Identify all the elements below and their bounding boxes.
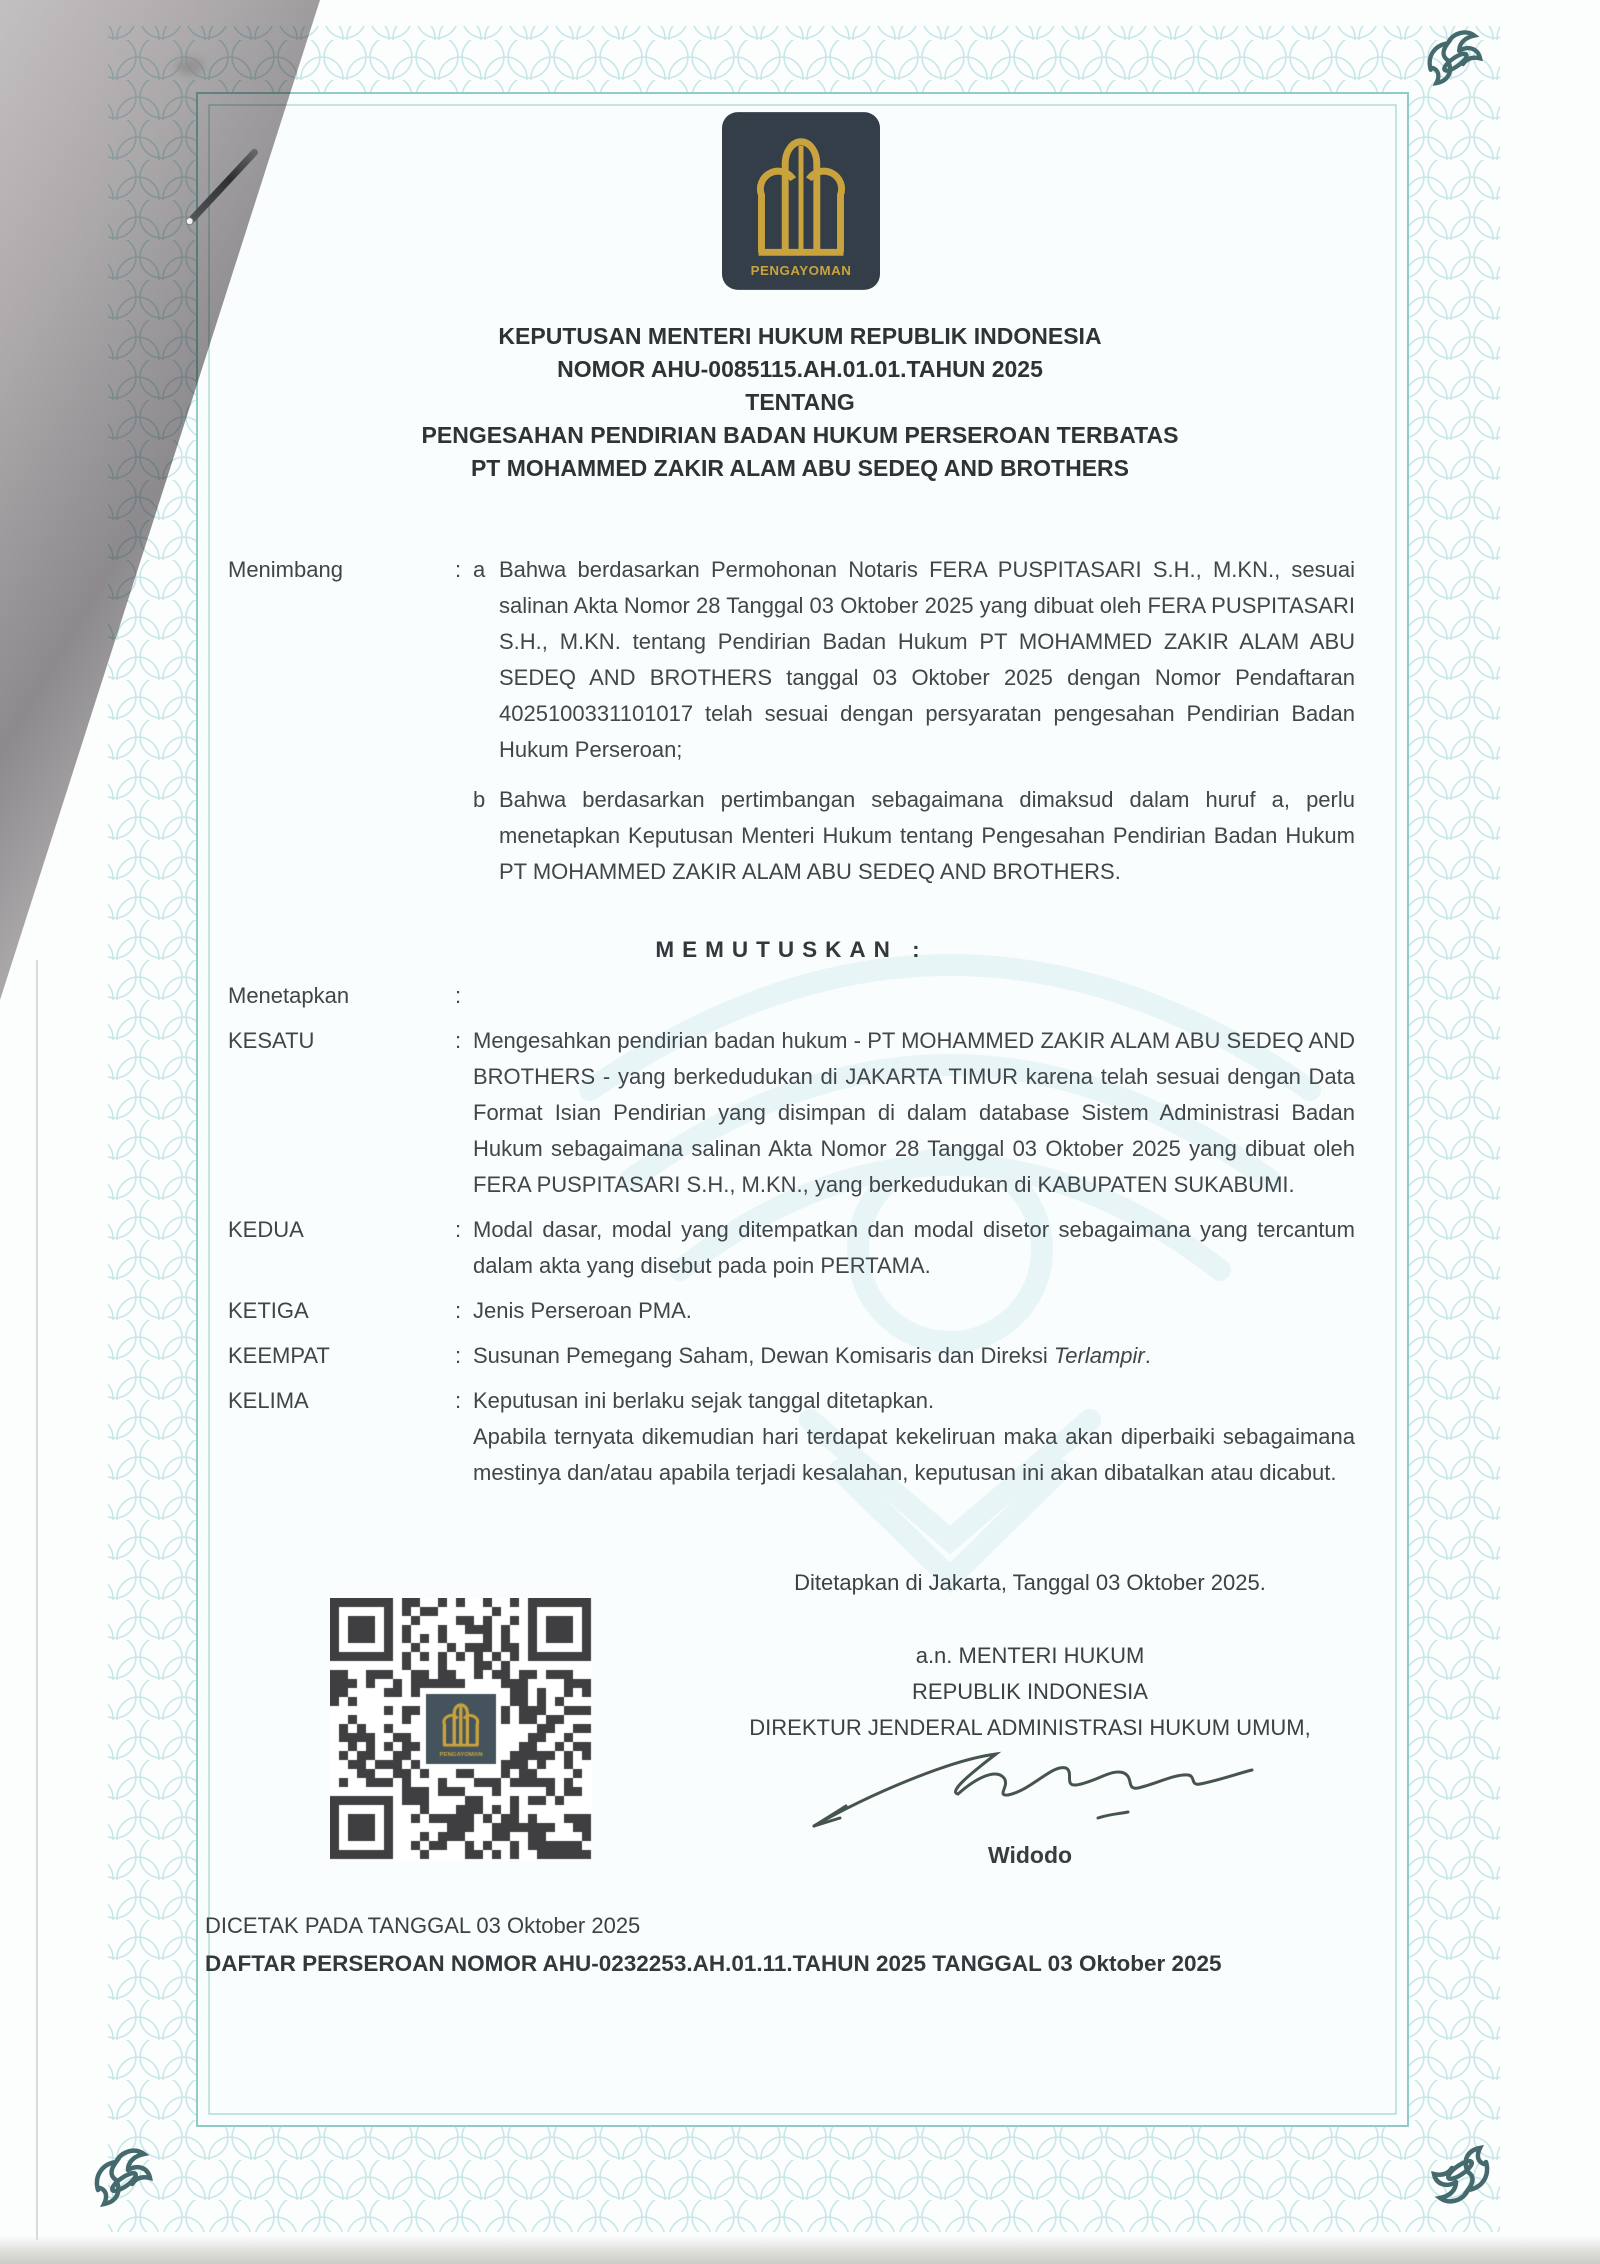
decision-kelima: KELIMA : Keputusan ini berlaku sejak tan… xyxy=(228,1383,1355,1491)
decree-body: Menimbang : a Bahwa berdasarkan Permohon… xyxy=(228,552,1355,1491)
title-line: NOMOR AHU-0085115.AH.01.01.TAHUN 2025 xyxy=(300,353,1300,386)
decision-text-continued: Apabila ternyata dikemudian hari terdapa… xyxy=(473,1419,1355,1491)
decree-title: KEPUTUSAN MENTERI HUKUM REPUBLIK INDONES… xyxy=(300,320,1300,485)
decision-kesatu: KESATU : Mengesahkan pendirian badan huk… xyxy=(228,1023,1355,1203)
colon: : xyxy=(455,1212,473,1284)
republic-line: REPUBLIK INDONESIA xyxy=(560,1674,1500,1710)
pengayoman-emblem-icon: PENGAYOMAN xyxy=(722,112,880,290)
decision-text: Susunan Pemegang Saham, Dewan Komisaris … xyxy=(473,1338,1355,1374)
qr-code xyxy=(330,1598,592,1860)
colon: : xyxy=(455,978,473,1014)
colon: : xyxy=(455,1383,473,1491)
printed-on-line: DICETAK PADA TANGGAL 03 Oktober 2025 xyxy=(205,1908,1455,1944)
print-footer: DICETAK PADA TANGGAL 03 Oktober 2025 DAF… xyxy=(205,1908,1455,1982)
title-line: KEPUTUSAN MENTERI HUKUM REPUBLIK INDONES… xyxy=(300,320,1300,353)
place-and-date: Ditetapkan di Jakarta, Tanggal 03 Oktobe… xyxy=(560,1570,1500,1596)
decision-text: Mengesahkan pendirian badan hukum - PT M… xyxy=(473,1023,1355,1203)
logo-label: PENGAYOMAN xyxy=(751,263,852,278)
scanned-decree-page: PENGAYOMAN KEPUTUSAN MENTERI HUKUM REPUB… xyxy=(0,0,1600,2264)
company-registry-line: DAFTAR PERSEROAN NOMOR AHU-0232253.AH.01… xyxy=(205,1946,1455,1982)
item-marker: b xyxy=(473,782,499,890)
title-line: TENTANG xyxy=(300,386,1300,419)
on-behalf-line: a.n. MENTERI HUKUM xyxy=(560,1638,1500,1674)
colon: : xyxy=(455,552,473,890)
considering-section: Menimbang : a Bahwa berdasarkan Permohon… xyxy=(228,552,1355,890)
title-line: PT MOHAMMED ZAKIR ALAM ABU SEDEQ AND BRO… xyxy=(300,452,1300,485)
item-marker: a xyxy=(473,552,499,768)
decision-text-prefix: Susunan Pemegang Saham, Dewan Komisaris … xyxy=(473,1343,1054,1368)
colon: : xyxy=(455,1023,473,1203)
signature-scribble xyxy=(800,1738,1270,1838)
decision-label: KELIMA xyxy=(228,1383,455,1491)
colon: : xyxy=(455,1293,473,1329)
decision-label: KEDUA xyxy=(228,1212,455,1284)
signer-name: Widodo xyxy=(560,1842,1500,1869)
decision-text: Jenis Perseroan PMA. xyxy=(473,1293,1355,1329)
decision-label: KEEMPAT xyxy=(228,1338,455,1374)
decision-kedua: KEDUA : Modal dasar, modal yang ditempat… xyxy=(228,1212,1355,1284)
pengayoman-logo: PENGAYOMAN xyxy=(722,112,880,290)
decision-label: KETIGA xyxy=(228,1293,455,1329)
signatory-block: a.n. MENTERI HUKUM REPUBLIK INDONESIA DI… xyxy=(560,1638,1500,1746)
considering-label: Menimbang xyxy=(228,552,455,890)
decision-ketiga: KETIGA : Jenis Perseroan PMA. xyxy=(228,1293,1355,1329)
menetapkan-row: Menetapkan : xyxy=(228,978,1355,1014)
decision-text: Keputusan ini berlaku sejak tanggal dite… xyxy=(473,1383,1355,1419)
decision-label: KESATU xyxy=(228,1023,455,1203)
decision-heading: MEMUTUSKAN : xyxy=(228,932,1355,968)
title-line: PENGESAHAN PENDIRIAN BADAN HUKUM PERSERO… xyxy=(300,419,1300,452)
decision-text-suffix: . xyxy=(1145,1343,1151,1368)
decision-text-italic: Terlampir xyxy=(1054,1343,1145,1368)
decision-keempat: KEEMPAT : Susunan Pemegang Saham, Dewan … xyxy=(228,1338,1355,1374)
considering-item-b: b Bahwa berdasarkan pertimbangan sebagai… xyxy=(473,782,1355,890)
item-text: Bahwa berdasarkan Permohonan Notaris FER… xyxy=(499,552,1355,768)
page-edge-artifact xyxy=(36,960,38,2240)
menetapkan-label: Menetapkan xyxy=(228,978,455,1014)
item-text: Bahwa berdasarkan pertimbangan sebagaima… xyxy=(499,782,1355,890)
considering-item-a: a Bahwa berdasarkan Permohonan Notaris F… xyxy=(473,552,1355,768)
ink-smudge xyxy=(176,58,204,75)
decision-text: Modal dasar, modal yang ditempatkan dan … xyxy=(473,1212,1355,1284)
colon: : xyxy=(455,1338,473,1374)
